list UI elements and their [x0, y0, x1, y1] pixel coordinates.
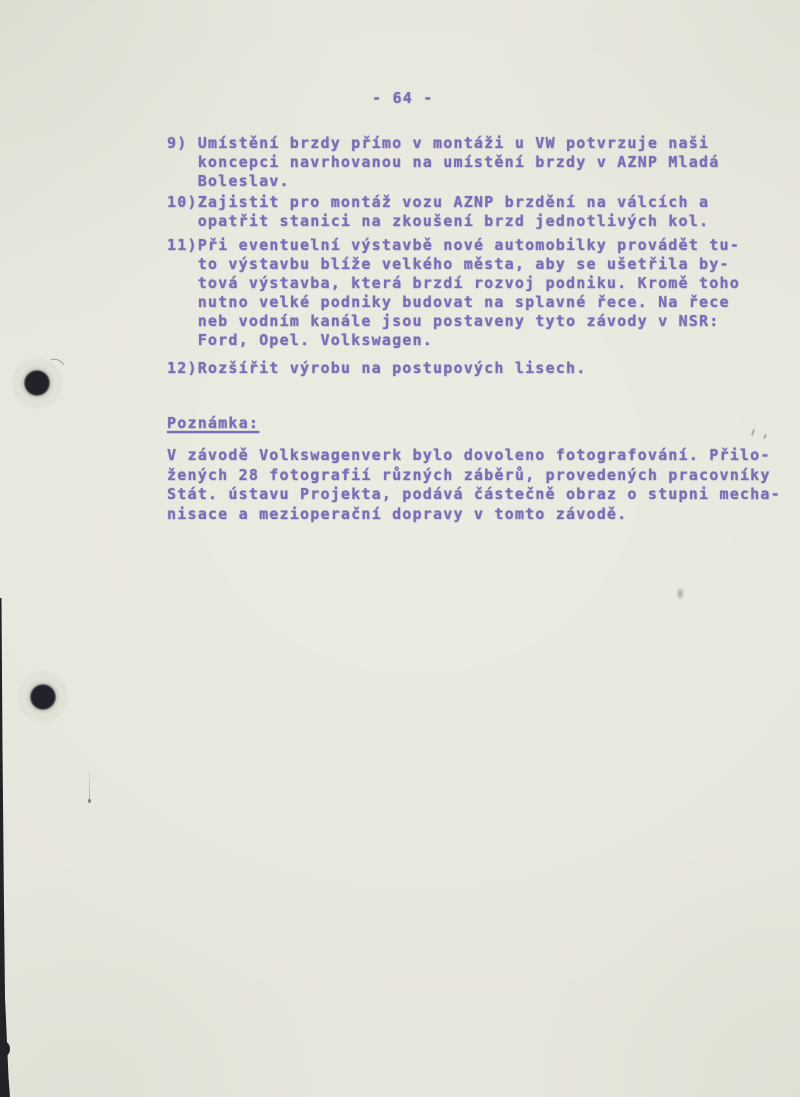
- scanned-page: - 64 - 9) Umístění brzdy přímo v montáži…: [0, 0, 800, 1097]
- list-item: 9) Umístění brzdy přímo v montáži u VW p…: [167, 134, 719, 191]
- note-heading: Poznámka:: [167, 414, 259, 433]
- page-number: - 64 -: [372, 89, 433, 108]
- paper-crease-dot: [88, 799, 91, 803]
- note-paragraph: V závodě Volkswagenverk bylo dovoleno fo…: [167, 446, 781, 524]
- ink-smudge: [677, 589, 684, 600]
- pencil-tick-mark: [763, 434, 767, 439]
- scan-edge-shadow-bump: [3, 1042, 10, 1056]
- pencil-tick-mark: [751, 429, 755, 436]
- list-item: 12)Rozšířit výrobu na postupových lisech…: [167, 359, 586, 378]
- scan-edge-shadow: [0, 598, 10, 1097]
- list-item: 11)Při eventuelní výstavbě nové automobi…: [167, 236, 740, 350]
- list-item: 10)Zajistit pro montáž vozu AZNP brzdění…: [167, 193, 709, 231]
- paper-crease: [89, 769, 90, 800]
- punch-hole-bottom: [15, 669, 71, 725]
